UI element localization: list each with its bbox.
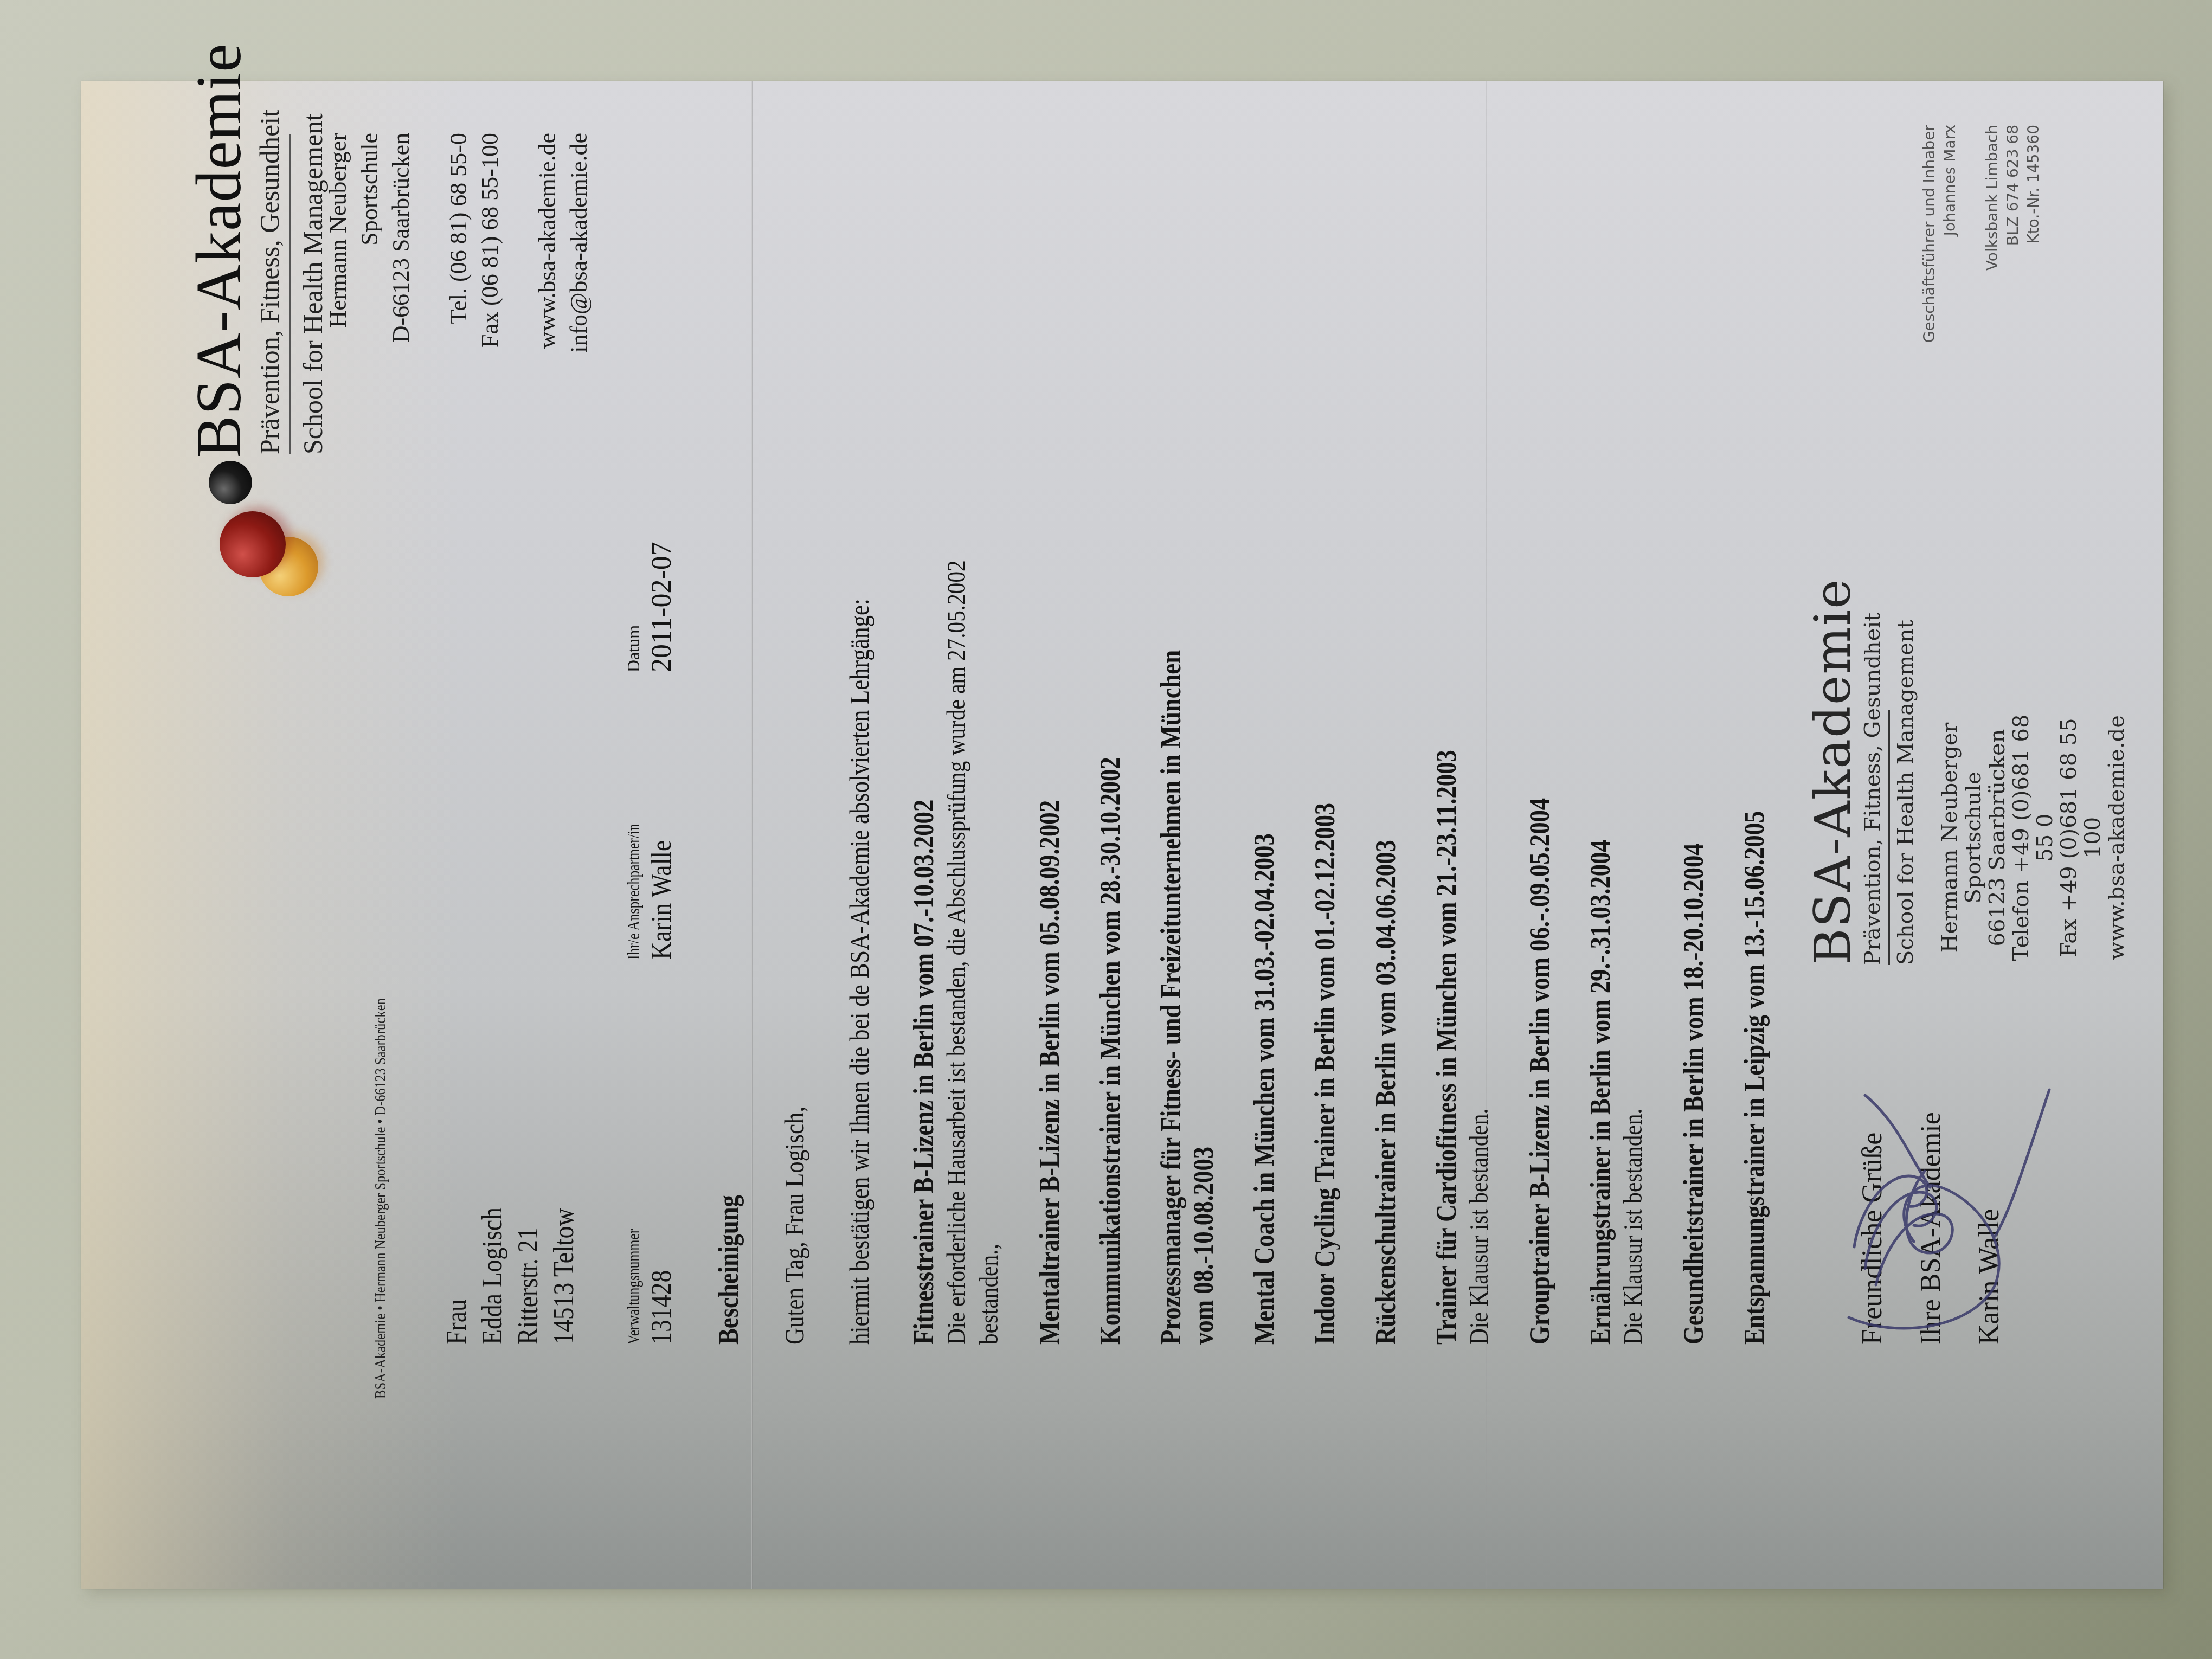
course-item: Mental Coach in München vom 31.03.-02.04… — [1249, 179, 1281, 1345]
stamp-title: BSA-Akademie — [1808, 578, 1858, 965]
course-title: Gesundheitstrainer in Berlin vom 18.-20.… — [1678, 342, 1711, 1345]
stamp-subtitle: School for Health Management — [1893, 578, 1918, 965]
course-title: Grouptrainer B-Lizenz in Berlin vom 06.-… — [1524, 342, 1557, 1345]
course-item: Rückenschultrainer in Berlin vom 03..04.… — [1370, 179, 1403, 1345]
reference-admin-number: Verwaltungsnummer 131428 — [623, 1200, 678, 1345]
date-value: 2011-02-07 — [646, 542, 678, 672]
course-title: Entspannungstrainer in Leipzig vom 13.-1… — [1739, 342, 1771, 1345]
course-title-continued: vom 08.-10.08.2003 — [1188, 342, 1220, 1345]
black-ball-icon — [209, 461, 252, 504]
sender-phone: Tel. (06 81) 68 55-0 — [443, 133, 474, 353]
letter-page: BSA-Akademie Prävention, Fitness, Gesund… — [81, 81, 2163, 1589]
course-item: Entspannungstrainer in Leipzig vom 13.-1… — [1739, 179, 1771, 1345]
stamp-line: 66123 Saarbrücken — [1985, 710, 2009, 965]
course-title: Trainer für Cardiofitness in München vom… — [1431, 342, 1463, 1345]
sender-info: Hermann Neuberger Sportschule D-66123 Sa… — [323, 133, 595, 353]
course-item: Trainer für Cardiofitness in München vom… — [1431, 179, 1496, 1345]
letter-heading: Bescheinigung — [713, 342, 745, 1345]
stamp-line: Hermann Neuberger Sportschule — [1938, 710, 1985, 965]
company-stamp: BSA-Akademie Prävention, Fitness, Gesund… — [1808, 578, 2129, 965]
contact-label: Ihr/e Ansprechpartner/in — [623, 824, 644, 960]
course-item: Ernährungstrainer in Berlin vom 29.-.31.… — [1585, 179, 1650, 1345]
management-name: Johannes Marx — [1940, 125, 1960, 343]
management-label: Geschäftsführer und Inhaber — [1919, 125, 1940, 343]
brand-divider — [289, 134, 291, 454]
brand-tagline: Prävention, Fitness, Gesundheit — [254, 110, 285, 454]
course-note: Die Klausur ist bestanden. — [1463, 342, 1496, 1345]
sender-website: www.bsa-akademie.de — [532, 133, 563, 353]
course-item: Indoor Cycling Trainer in Berlin vom 01.… — [1309, 179, 1342, 1345]
course-title: Ernährungstrainer in Berlin vom 29.-.31.… — [1585, 342, 1617, 1345]
course-item: Grouptrainer B-Lizenz in Berlin vom 06.-… — [1524, 179, 1557, 1345]
course-title: Indoor Cycling Trainer in Berlin vom 01.… — [1309, 342, 1342, 1345]
course-title: Kommunikationstrainer in München vom 28.… — [1095, 342, 1127, 1345]
sender-email: info@bsa-akademie.de — [563, 133, 595, 353]
intro-text: hiermit bestätigen wir Ihnen die bei de … — [843, 342, 876, 1345]
recipient-address: Frau Edda Logisch Ritterstr. 21 14513 Te… — [439, 1207, 582, 1345]
date-label: Datum — [623, 542, 644, 672]
course-title: Prozessmanager für Fitness- und Freizeit… — [1155, 342, 1188, 1345]
stamp-line: www.bsa-akademie.de — [2105, 710, 2129, 965]
course-item: Mentaltrainer B-Lizenz in Berlin vom 05.… — [1034, 179, 1066, 1345]
course-item: Kommunikationstrainer in München vom 28.… — [1095, 179, 1127, 1345]
stamp-divider — [1888, 710, 1890, 965]
three-balls-logo-icon — [198, 461, 317, 607]
course-item: Fitnesstrainer B-Lizenz in Berlin vom 07… — [908, 179, 1006, 1345]
closing-block: Freundliche Grüße Ihre BSA-Akademie Kari… — [1843, 1112, 2019, 1345]
sender-address-line: Hermann Neuberger — [323, 133, 354, 353]
course-title: Mentaltrainer B-Lizenz in Berlin vom 05.… — [1034, 342, 1066, 1345]
brand-name: BSA-Akademie — [187, 43, 251, 458]
course-item: Gesundheitstrainer in Berlin vom 18.-20.… — [1678, 179, 1711, 1345]
bank-account: Kto.-Nr. 145360 — [2023, 125, 2044, 343]
letter-body: Bescheinigung Guten Tag, Frau Logisch, h… — [713, 179, 1799, 1345]
course-note: bestanden., — [973, 342, 1006, 1345]
sender-fax: Fax (06 81) 68 55-100 — [474, 133, 506, 353]
stamp-tagline: Prävention, Fitness, Gesundheit — [1860, 578, 1885, 965]
reference-contact: Ihr/e Ansprechpartner/in Karin Walle — [623, 789, 678, 960]
course-title: Fitnesstrainer B-Lizenz in Berlin vom 07… — [908, 342, 941, 1345]
course-list: Fitnesstrainer B-Lizenz in Berlin vom 07… — [908, 179, 1771, 1345]
sender-address-line: D-66123 Saarbrücken — [385, 133, 417, 353]
stamp-address: Hermann Neuberger Sportschule 66123 Saar… — [1938, 710, 2129, 965]
admin-number-value: 131428 — [646, 1217, 678, 1345]
contact-value: Karin Walle — [646, 810, 678, 960]
admin-number-label: Verwaltungsnummer — [623, 1229, 644, 1345]
red-ball-icon — [220, 511, 286, 577]
closing-signer: Karin Walle — [1960, 1112, 2019, 1345]
company-footer: Geschäftsführer und Inhaber Johannes Mar… — [1919, 125, 2044, 343]
recipient-name: Edda Logisch — [475, 1207, 511, 1345]
course-note: Die Klausur ist bestanden. — [1617, 342, 1650, 1345]
recipient-street: Ritterstr. 21 — [511, 1207, 546, 1345]
closing-org: Ihre BSA-Akademie — [1902, 1112, 1960, 1345]
recipient-city: 14513 Teltow — [546, 1207, 582, 1345]
reference-date: Datum 2011-02-07 — [623, 542, 678, 672]
bank-code: BLZ 674 623 68 — [2003, 125, 2023, 343]
course-note: Die erforderliche Hausarbeit ist bestand… — [941, 342, 973, 1345]
closing-regards: Freundliche Grüße — [1843, 1112, 1902, 1345]
stamp-line: Telefon +49 (0)681 68 55 0 — [2009, 710, 2057, 965]
stamp-line: Fax +49 (0)681 68 55 100 — [2057, 710, 2105, 965]
course-title: Rückenschultrainer in Berlin vom 03..04.… — [1370, 342, 1403, 1345]
course-item: Prozessmanager für Fitness- und Freizeit… — [1155, 179, 1220, 1345]
sender-address-line: Sportschule — [354, 133, 385, 353]
return-address-line: BSA-Akademie • Hermann Neuberger Sportsc… — [371, 998, 390, 1399]
bank-name: Volksbank Limbach — [1982, 125, 2003, 343]
recipient-salutation: Frau — [439, 1207, 475, 1345]
greeting: Guten Tag, Frau Logisch, — [778, 342, 811, 1345]
course-title: Mental Coach in München vom 31.03.-02.04… — [1249, 342, 1281, 1345]
